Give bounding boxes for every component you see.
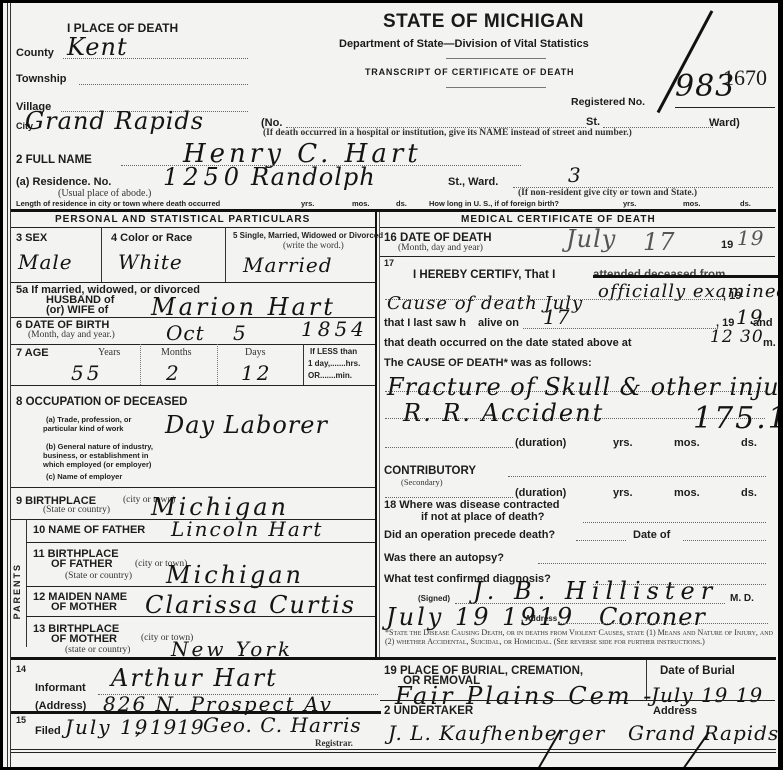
dod-year-prefix: 19 (721, 239, 733, 251)
township-line (79, 84, 248, 85)
duration-label: (duration) (515, 437, 566, 449)
undertaker-address-label: Address (653, 705, 697, 717)
st-label: St. (586, 116, 600, 128)
duration-label-2: (duration) (515, 487, 566, 499)
filed-label: Filed (35, 725, 61, 737)
center-divider (375, 212, 377, 657)
occupation-b-label-2: business, or establishment in (43, 451, 148, 460)
divider (303, 344, 304, 385)
autopsy-line (538, 563, 766, 564)
burial-date-label: Date of Burial (660, 665, 735, 677)
duration-ds-2: ds. (741, 487, 757, 499)
divider (446, 87, 546, 88)
q18-line (583, 522, 766, 523)
sex-value: Male (18, 250, 73, 274)
mother-birthplace-sub2: (state or country) (65, 645, 130, 655)
rule (380, 700, 775, 701)
age-months: 2 (166, 361, 180, 385)
occupation-c-label: (c) Name of employer (46, 472, 122, 481)
operation-label: Did an operation precede death? (384, 529, 555, 541)
registered-label: Registered No. (571, 96, 645, 108)
residence-label: (a) Residence. No. (16, 176, 111, 188)
address-label: , Address (521, 614, 557, 623)
race-label: 4 Color or Race (111, 232, 192, 244)
bottom-rule (11, 749, 776, 750)
duration-mos: mos. (674, 437, 700, 449)
cause-line-2-value: R. R. Accident (403, 399, 604, 427)
dob-sublabel: (Month, day and year.) (28, 330, 115, 340)
occupation-a-value: Day Laborer (165, 411, 328, 439)
ward-label: Ward) (709, 117, 740, 129)
heavy-rule (11, 209, 776, 212)
signed-label: (Signed) (418, 594, 450, 603)
parents-divider (26, 519, 27, 647)
death-certificate: STATE OF MICHIGAN Department of State—Di… (3, 3, 778, 767)
stamp-number: 1670 (723, 65, 767, 91)
registrar-signature: Geo. C. Harris (203, 713, 362, 737)
registrar-label: Registrar. (315, 738, 353, 748)
occurred-time: 12 30 (710, 327, 764, 347)
occupation-b-label-3: which employed (or employer) (43, 460, 151, 469)
md-label: M. D. (730, 593, 754, 604)
spouse-label-3: (or) WIFE of (46, 304, 108, 316)
center-divider-inner (379, 212, 380, 657)
age-label: 7 AGE (16, 347, 49, 359)
informant-value: Arthur Hart (111, 664, 278, 692)
filed-year: , 1919 (135, 715, 205, 739)
last-saw-label: that I last saw h (384, 317, 466, 329)
age-months-label: Months (161, 347, 192, 358)
undertaker-value: J. L. Kaufhenberger (388, 721, 605, 745)
father-birthplace-label-2: OF FATHER (51, 558, 113, 570)
divider (140, 344, 141, 385)
less-than-min: OR.......min. (308, 371, 352, 380)
left-border (7, 3, 8, 767)
birthplace-sub2: (State or country) (43, 505, 110, 515)
race-value: White (118, 250, 183, 274)
alive-on-label: alive on (478, 317, 519, 329)
burial-date-value: July 19 19 (651, 683, 763, 707)
cause-label: The CAUSE OF DEATH* was as follows: (384, 357, 592, 369)
contributory-sublabel: (Secondary) (401, 477, 443, 487)
occurred-label: that death occurred on the date stated a… (384, 337, 632, 349)
dod-month: July (566, 225, 616, 253)
age-days: 12 (241, 361, 272, 385)
rule (26, 586, 375, 587)
dod-sublabel: (Month, day and year) (398, 243, 483, 253)
father-name-value: Lincoln Hart (171, 517, 323, 541)
residence-street: Randolph (251, 163, 376, 191)
less-than-day: 1 day,.......hrs. (308, 359, 360, 368)
informant-label: Informant (35, 682, 86, 694)
duration-yrs-2: yrs. (613, 487, 633, 499)
full-name-label: 2 FULL NAME (16, 154, 92, 166)
duration-yrs: yrs. (613, 437, 633, 449)
divider (217, 344, 218, 385)
date-of-line (683, 540, 766, 541)
dob-day: 5 (233, 321, 247, 345)
divider (225, 227, 226, 282)
foreign-ds: ds. (740, 199, 751, 208)
foreign-yrs: yrs. (623, 199, 636, 208)
heavy-rule (11, 657, 776, 660)
q18-label-2: if not at place of death? (421, 511, 544, 523)
dob-year: 1854 (301, 317, 368, 341)
duration-mos-2: mos. (674, 487, 700, 499)
department-title: Department of State—Division of Vital St… (339, 38, 589, 50)
city-value: Grand Rapids (25, 107, 204, 135)
strike-line (593, 275, 778, 278)
mother-maiden-value: Clarissa Curtis (145, 591, 356, 619)
rule (11, 227, 375, 228)
dob-month: Oct (166, 321, 205, 345)
personal-section-title: PERSONAL AND STATISTICAL PARTICULARS (55, 214, 310, 225)
residence-sublabel: (Usual place of abode.) (58, 188, 151, 199)
last-saw-line (523, 328, 718, 329)
dod-year-suffix: 19 (737, 226, 764, 250)
rule (26, 616, 375, 617)
cause-code: 175.1 (693, 401, 778, 436)
line-19: , 19 (723, 290, 741, 302)
residence-number: 1250 (163, 163, 244, 191)
length-yrs: yrs. (301, 199, 314, 208)
occupation-a-label-1: (a) Trade, profession, or (46, 415, 131, 424)
nonresident-note: (If non-resident give city or town and S… (518, 188, 697, 198)
cause-line-1-value: Fracture of Skull & other injuries (387, 373, 778, 401)
father-birthplace-sub2: (State or country) (65, 571, 132, 581)
county-line (63, 58, 248, 59)
undertaker-label: 2 UNDERTAKER (384, 705, 473, 717)
father-name-label: 10 NAME OF FATHER (33, 524, 145, 536)
length-ds: ds. (396, 199, 407, 208)
county-value: Kent (67, 33, 128, 61)
rule (11, 282, 375, 283)
duration-line-2 (385, 497, 513, 498)
age-years: 55 (71, 361, 102, 385)
address-line (558, 623, 768, 624)
contributory-line (508, 476, 766, 477)
mother-birthplace-label-2: OF MOTHER (51, 633, 117, 645)
duration-ds: ds. (741, 437, 757, 449)
hospital-note: (If death occurred in a hospital or inst… (263, 128, 632, 138)
father-birthplace-value: Michigan (166, 561, 304, 589)
duration-line (385, 447, 513, 448)
contributory-label: CONTRIBUTORY (384, 465, 476, 477)
residence-ward-value: 3 (568, 163, 582, 187)
divider (101, 227, 102, 282)
foreign-mos: mos. (683, 199, 701, 208)
county-label: County (16, 47, 54, 59)
rule (26, 542, 375, 543)
parents-side-label: PARENTS (12, 563, 22, 619)
filed-number: 15 (16, 715, 26, 725)
length-mos: mos. (352, 199, 370, 208)
certify-number: 17 (384, 258, 394, 268)
transcript-title: TRANSCRIPT OF CERTIFICATE OF DEATH (365, 67, 574, 77)
marital-label: 5 Single, Married, Widowed or Divorced (233, 231, 383, 240)
last-saw-date: 17 (543, 305, 570, 329)
dod-day: 17 (643, 228, 676, 256)
footnote: *State the Disease Causing Death, or in … (385, 628, 775, 646)
q18-label-1: 18 Where was disease contracted (384, 499, 559, 511)
marital-sublabel: (write the word.) (283, 240, 344, 250)
divider (446, 58, 546, 59)
occurred-m: m. (763, 337, 776, 349)
age-years-label: Years (98, 347, 120, 358)
marital-value: Married (243, 253, 333, 277)
certify-text: I HEREBY CERTIFY, That I (413, 269, 555, 281)
medical-section-title: MEDICAL CERTIFICATE OF DEATH (461, 214, 656, 225)
mother-maiden-label-2: OF MOTHER (51, 601, 117, 613)
informant-number: 14 (16, 664, 26, 674)
signed-value: J. B. Hillister (473, 577, 718, 605)
address-value: Coroner (599, 603, 706, 631)
foreign-birth-label: How long in U. S., if of foreign birth? (429, 199, 559, 208)
sex-label: 3 SEX (16, 232, 47, 244)
length-of-residence-label: Length of residence in city or town wher… (16, 199, 220, 208)
state-title: STATE OF MICHIGAN (383, 11, 584, 33)
less-than-label: If LESS than (310, 347, 357, 356)
date-of-label: Date of (633, 529, 670, 541)
rule (11, 487, 375, 488)
occupation-label: 8 OCCUPATION OF DECEASED (16, 396, 187, 408)
rule (11, 385, 375, 386)
rule (380, 256, 775, 257)
rule (11, 344, 375, 345)
registered-line (675, 107, 775, 108)
township-label: Township (16, 73, 67, 85)
autopsy-label: Was there an autopsy? (384, 552, 504, 564)
operation-line (576, 540, 626, 541)
occupation-b-label-1: (b) General nature of industry, (46, 442, 153, 451)
age-days-label: Days (245, 347, 266, 358)
occupation-a-label-2: particular kind of work (43, 424, 123, 433)
residence-st-ward-label: St., Ward. (448, 176, 498, 188)
bottom-rule-2 (11, 752, 776, 753)
